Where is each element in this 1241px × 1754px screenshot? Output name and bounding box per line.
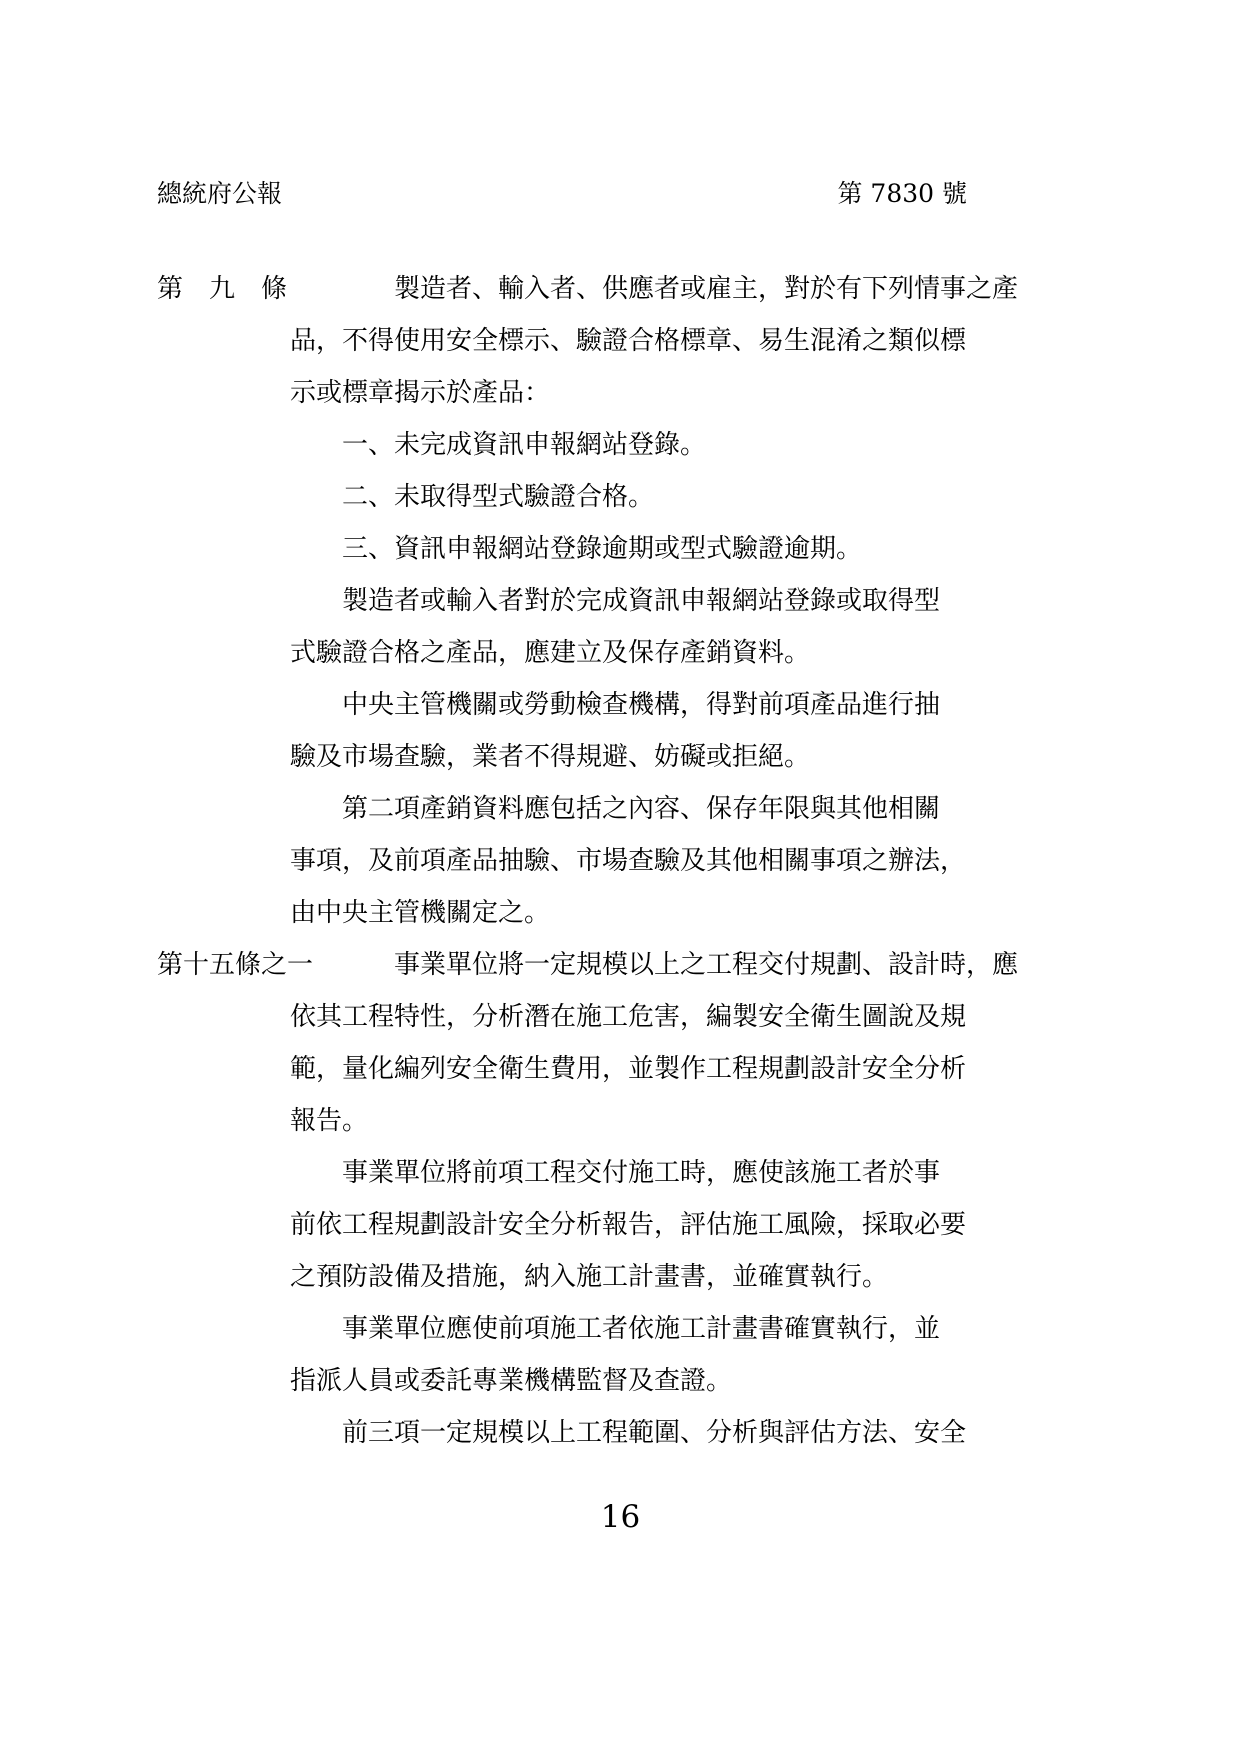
doc-line: 製造者或輸入者對於完成資訊申報網站登錄或取得型	[157, 575, 1077, 627]
doc-line: 一、未完成資訊申報網站登錄。	[157, 419, 1077, 471]
doc-line: 事業單位將前項工程交付施工時，應使該施工者於事	[157, 1147, 1077, 1199]
doc-line: 第十五條之一 事業單位將一定規模以上之工程交付規劃、設計時，應	[157, 939, 1077, 991]
doc-line: 事項，及前項產品抽驗、市場查驗及其他相關事項之辦法，	[157, 835, 1077, 887]
doc-line: 式驗證合格之產品，應建立及保存產銷資料。	[157, 627, 1077, 679]
doc-line: 前三項一定規模以上工程範圍、分析與評估方法、安全	[157, 1407, 1077, 1459]
doc-line: 前依工程規劃設計安全分析報告，評估施工風險，採取必要	[157, 1199, 1077, 1251]
doc-line: 報告。	[157, 1095, 1077, 1147]
doc-line: 中央主管機關或勞動檢查機構，得對前項產品進行抽	[157, 679, 1077, 731]
doc-line: 事業單位應使前項施工者依施工計畫書確實執行，並	[157, 1303, 1077, 1355]
doc-line: 之預防設備及措施，納入施工計畫書，並確實執行。	[157, 1251, 1077, 1303]
doc-line: 三、資訊申報網站登錄逾期或型式驗證逾期。	[157, 523, 1077, 575]
doc-line: 依其工程特性，分析潛在施工危害，編製安全衛生圖說及規	[157, 991, 1077, 1043]
page-header: 總統府公報 第 7830 號	[157, 180, 967, 208]
publication-title: 總統府公報	[157, 180, 282, 208]
gazette-page: 總統府公報 第 7830 號 第 九 條 製造者、輸入者、供應者或雇主，對於有下…	[0, 0, 1241, 1754]
page-number: 16	[601, 1499, 640, 1535]
doc-line: 第二項產銷資料應包括之內容、保存年限與其他相關	[157, 783, 1077, 835]
doc-line: 驗及市場查驗，業者不得規避、妨礙或拒絕。	[157, 731, 1077, 783]
doc-line: 二、未取得型式驗證合格。	[157, 471, 1077, 523]
article-number: 第十五條之一	[157, 939, 313, 991]
doc-line: 由中央主管機關定之。	[157, 887, 1077, 939]
doc-line-text: 製造者、輸入者、供應者或雇主，對於有下列情事之產	[157, 263, 1077, 315]
issue-number: 第 7830 號	[837, 180, 967, 208]
doc-line: 品，不得使用安全標示、驗證合格標章、易生混淆之類似標	[157, 315, 1077, 367]
page-footer: 16	[0, 1497, 1241, 1537]
doc-line: 指派人員或委託專業機構監督及查證。	[157, 1355, 1077, 1407]
doc-line: 範，量化編列安全衛生費用，並製作工程規劃設計安全分析	[157, 1043, 1077, 1095]
doc-line: 示或標章揭示於產品：	[157, 367, 1077, 419]
article-number: 第 九 條	[157, 263, 287, 315]
doc-line: 第 九 條 製造者、輸入者、供應者或雇主，對於有下列情事之產	[157, 263, 1077, 315]
document-body: 第 九 條 製造者、輸入者、供應者或雇主，對於有下列情事之產 品，不得使用安全標…	[157, 263, 1077, 1459]
